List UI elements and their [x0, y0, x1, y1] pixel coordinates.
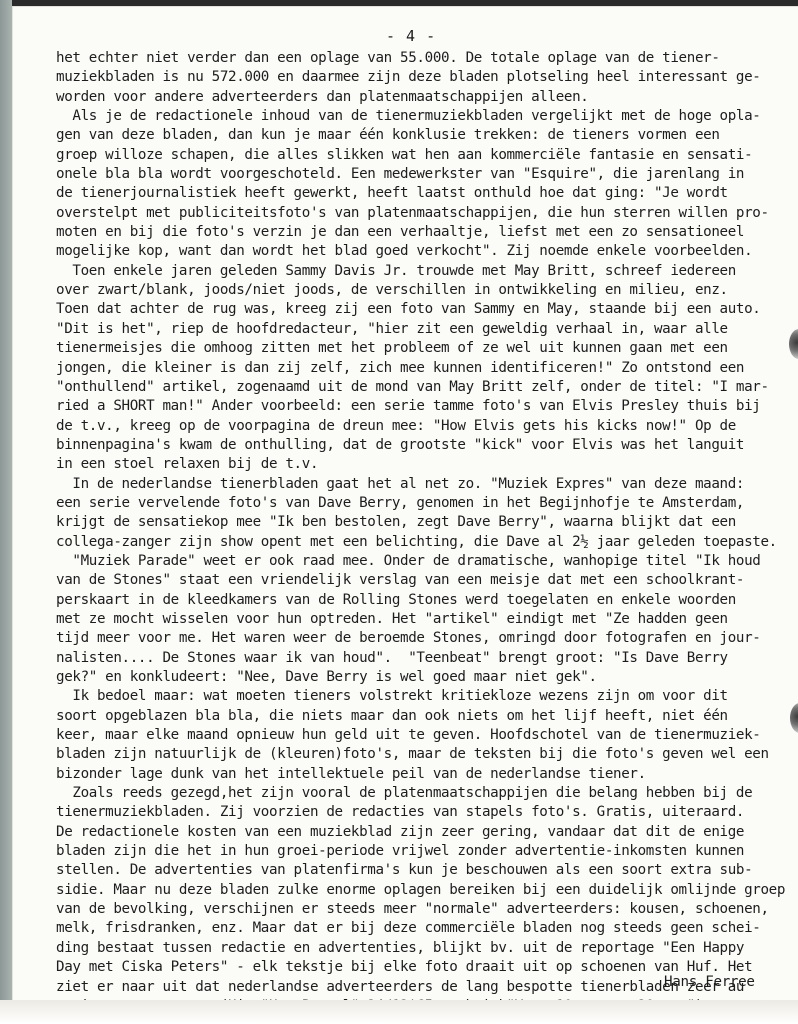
text-line: mogelijke kop, want dan wordt het blad g…: [56, 242, 796, 261]
scanner-edge-bottom: [0, 1000, 798, 1024]
text-line: over zwart/blank, joods/niet joods, de v…: [56, 281, 796, 300]
text-line: tienermuziekbladen. Zij voorzien de reda…: [56, 803, 796, 822]
document-page: - 4 - het echter niet verder dan een opl…: [12, 6, 798, 1000]
text-line: met ze mocht wisselen voor hun optreden.…: [56, 610, 796, 629]
text-line: van de Stones" staat een vriendelijk ver…: [56, 571, 796, 590]
text-line: perskaart in de kleedkamers van de Rolli…: [56, 591, 796, 610]
text-line: tijd meer voor me. Het waren weer de ber…: [56, 629, 796, 648]
article-body: het echter niet verder dan een oplage va…: [56, 49, 796, 1016]
text-line: het echter niet verder dan een oplage va…: [56, 49, 796, 68]
text-line: soort opgeblazen bla bla, die niets maar…: [56, 707, 796, 726]
text-line: collega-zanger zijn show opent met een b…: [56, 533, 796, 552]
text-line: van de bevolking, verschijnen er steeds …: [56, 900, 796, 919]
text-line: worden voor andere adverteerders dan pla…: [56, 88, 796, 107]
text-line: Toen enkele jaren geleden Sammy Davis Jr…: [56, 262, 796, 281]
text-line: Als je de redactionele inhoud van de tie…: [56, 107, 796, 126]
text-line: Toen dat achter de rug was, kreeg zij ee…: [56, 300, 796, 319]
text-line: groep willoze schapen, die alles slikken…: [56, 146, 796, 165]
text-line: binnenpagina's kwam de onthulling, dat d…: [56, 436, 796, 455]
author-signature: Hans Ferree: [664, 974, 755, 990]
text-line: tienermeisjes die omhoog zitten met het …: [56, 339, 796, 358]
text-line: jongen, die kleiner is dan zij zelf, zic…: [56, 359, 796, 378]
scanner-edge-left: [0, 0, 12, 1024]
text-line: krijgt de sensatiekop mee "Ik ben bestol…: [56, 513, 796, 532]
text-line: Zoals reeds gezegd,het zijn vooral de pl…: [56, 784, 796, 803]
text-line: nalisten.... De Stones waar ik van houd"…: [56, 649, 796, 668]
text-line: onele bla bla wordt voorgeschoteld. Een …: [56, 165, 796, 184]
text-line: De redactionele kosten van een muziekbla…: [56, 823, 796, 842]
text-line: stellen. De advertenties van platenfirma…: [56, 861, 796, 880]
text-line: ding bestaat tussen redactie en adverten…: [56, 939, 796, 958]
text-line: de tienerjournalistiek heeft gewerkt, he…: [56, 184, 796, 203]
text-line: "onthullend" artikel, zogenaamd uit de m…: [56, 378, 796, 397]
text-line: bizonder lage dunk van het intellektuele…: [56, 765, 796, 784]
text-line: overstelpt met publiciteitsfoto's van pl…: [56, 204, 796, 223]
text-line: bladen zijn natuurlijk de (kleuren)foto'…: [56, 745, 796, 764]
text-line: "Dit is het", riep de hoofdredacteur, "h…: [56, 320, 796, 339]
text-line: een serie vervelende foto's van Dave Ber…: [56, 494, 796, 513]
text-line: "Muziek Parade" weet er ook raad mee. On…: [56, 552, 796, 571]
text-line: ried a SHORT man!" Ander voorbeeld: een …: [56, 397, 796, 416]
text-line: de t.v., kreeg op de voorpagina de dreun…: [56, 417, 796, 436]
text-line: melk, frisdranken, enz. Maar dat er bij …: [56, 919, 796, 938]
text-line: in een stoel relaxen bij de t.v.: [56, 455, 796, 474]
text-line: bladen zijn die het in hun groei-periode…: [56, 842, 796, 861]
text-line: Ik bedoel maar: wat moeten tieners volst…: [56, 687, 796, 706]
text-line: gen van deze bladen, dan kun je maar één…: [56, 126, 796, 145]
text-line: In de nederlandse tienerbladen gaat het …: [56, 475, 796, 494]
text-line: gek?" en konkludeert: "Nee, Dave Berry i…: [56, 668, 796, 687]
text-line: moten en bij die foto's verzin je dan ee…: [56, 223, 796, 242]
text-line: muziekbladen is nu 572.000 en daarmee zi…: [56, 68, 796, 87]
page-number: - 4 -: [386, 27, 436, 45]
text-line: sidie. Maar nu deze bladen zulke enorme …: [56, 881, 796, 900]
text-line: keer, maar elke maand opnieuw hun geld u…: [56, 726, 796, 745]
